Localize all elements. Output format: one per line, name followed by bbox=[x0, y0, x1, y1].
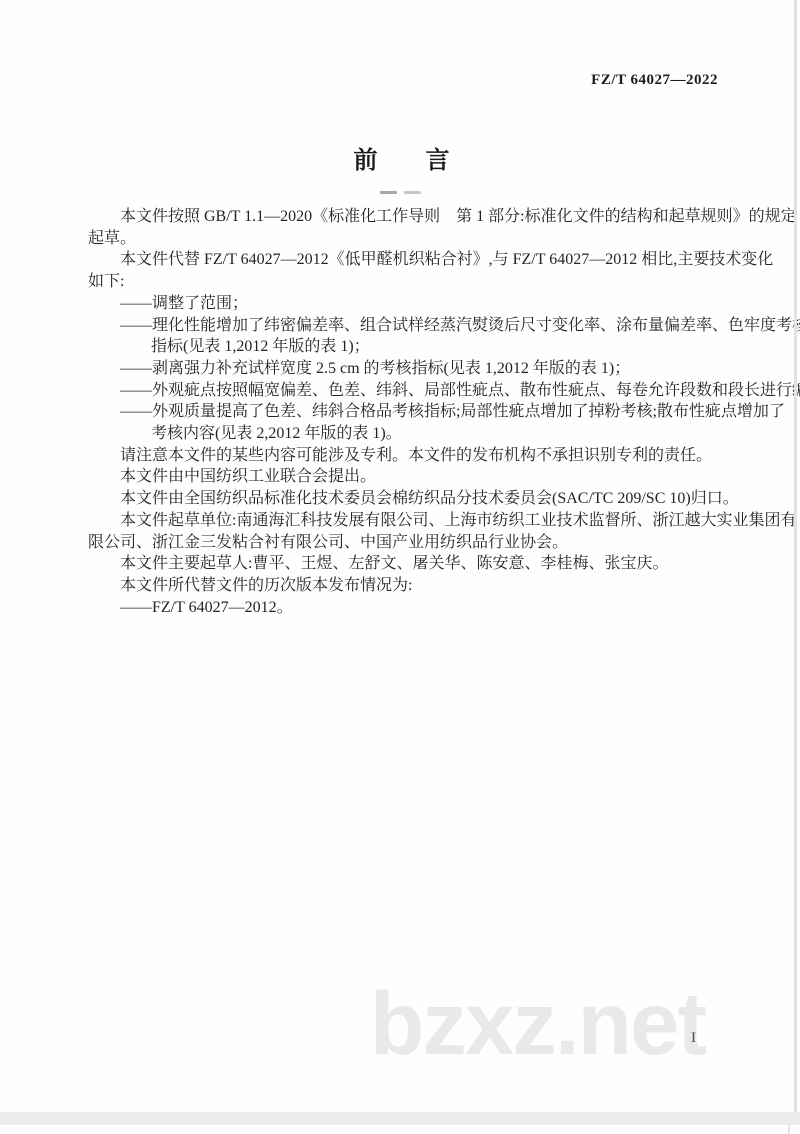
foreword-body: 本文件按照 GB/T 1.1—2020《标准化工作导则 第 1 部分:标准化文件… bbox=[88, 206, 728, 618]
page-edge-right-lower bbox=[788, 1125, 790, 1134]
doc-line: 本文件起草单位:南通海汇科技发展有限公司、上海市纺织工业技术监督所、浙江越大实业… bbox=[88, 510, 728, 532]
page-title: 前 言 bbox=[88, 140, 715, 175]
document-page: FZ/T 64027—2022 前 言 本文件按照 GB/T 1.1—2020《… bbox=[0, 0, 800, 1134]
doc-line: 本文件按照 GB/T 1.1—2020《标准化工作导则 第 1 部分:标准化文件… bbox=[88, 206, 728, 228]
page-edge-right bbox=[794, 0, 797, 1113]
doc-line: 起草。 bbox=[88, 228, 728, 250]
title-dash-marks bbox=[0, 191, 800, 194]
doc-line: 如下: bbox=[88, 271, 728, 293]
doc-line: 指标(见表 1,2012 年版的表 1)； bbox=[151, 336, 728, 358]
doc-line: 本文件所代替文件的历次版本发布情况为: bbox=[88, 575, 728, 597]
doc-line: ——外观质量提高了色差、纬斜合格品考核指标;局部性疵点增加了掉粉考核;散布性疵点… bbox=[88, 401, 728, 423]
dash-mark bbox=[404, 191, 421, 194]
doc-line: ——剥离强力补充试样宽度 2.5 cm 的考核指标(见表 1,2012 年版的表… bbox=[88, 358, 728, 380]
doc-line: ——理化性能增加了纬密偏差率、组合试样经蒸汽熨烫后尺寸变化率、涂布量偏差率、色牢… bbox=[88, 315, 728, 337]
doc-line: 限公司、浙江金三发粘合衬有限公司、中国产业用纺织品行业协会。 bbox=[88, 532, 728, 554]
doc-line: ——外观疵点按照幅宽偏差、色差、纬斜、局部性疵点、散布性疵点、每卷允许段数和段长… bbox=[88, 380, 728, 402]
page-number: I bbox=[691, 1030, 696, 1047]
standard-number: FZ/T 64027—2022 bbox=[591, 72, 718, 89]
watermark-text: bzxz.net bbox=[370, 972, 705, 1075]
doc-line: 请注意本文件的某些内容可能涉及专利。本文件的发布机构不承担识别专利的责任。 bbox=[88, 445, 728, 467]
dash-mark bbox=[380, 191, 397, 194]
doc-line: ——FZ/T 64027—2012。 bbox=[88, 597, 728, 619]
doc-line: ——调整了范围； bbox=[88, 293, 728, 315]
page-edge-bottom bbox=[0, 1112, 800, 1125]
doc-line: 本文件代替 FZ/T 64027—2012《低甲醛机织粘合衬》,与 FZ/T 6… bbox=[88, 249, 728, 271]
doc-line: 考核内容(见表 2,2012 年版的表 1)。 bbox=[151, 423, 728, 445]
doc-line: 本文件由全国纺织品标准化技术委员会棉纺织品分技术委员会(SAC/TC 209/S… bbox=[88, 488, 728, 510]
doc-line: 本文件由中国纺织工业联合会提出。 bbox=[88, 466, 728, 488]
doc-line: 本文件主要起草人:曹平、王煜、左舒文、屠关华、陈安意、李桂梅、张宝庆。 bbox=[88, 553, 728, 575]
